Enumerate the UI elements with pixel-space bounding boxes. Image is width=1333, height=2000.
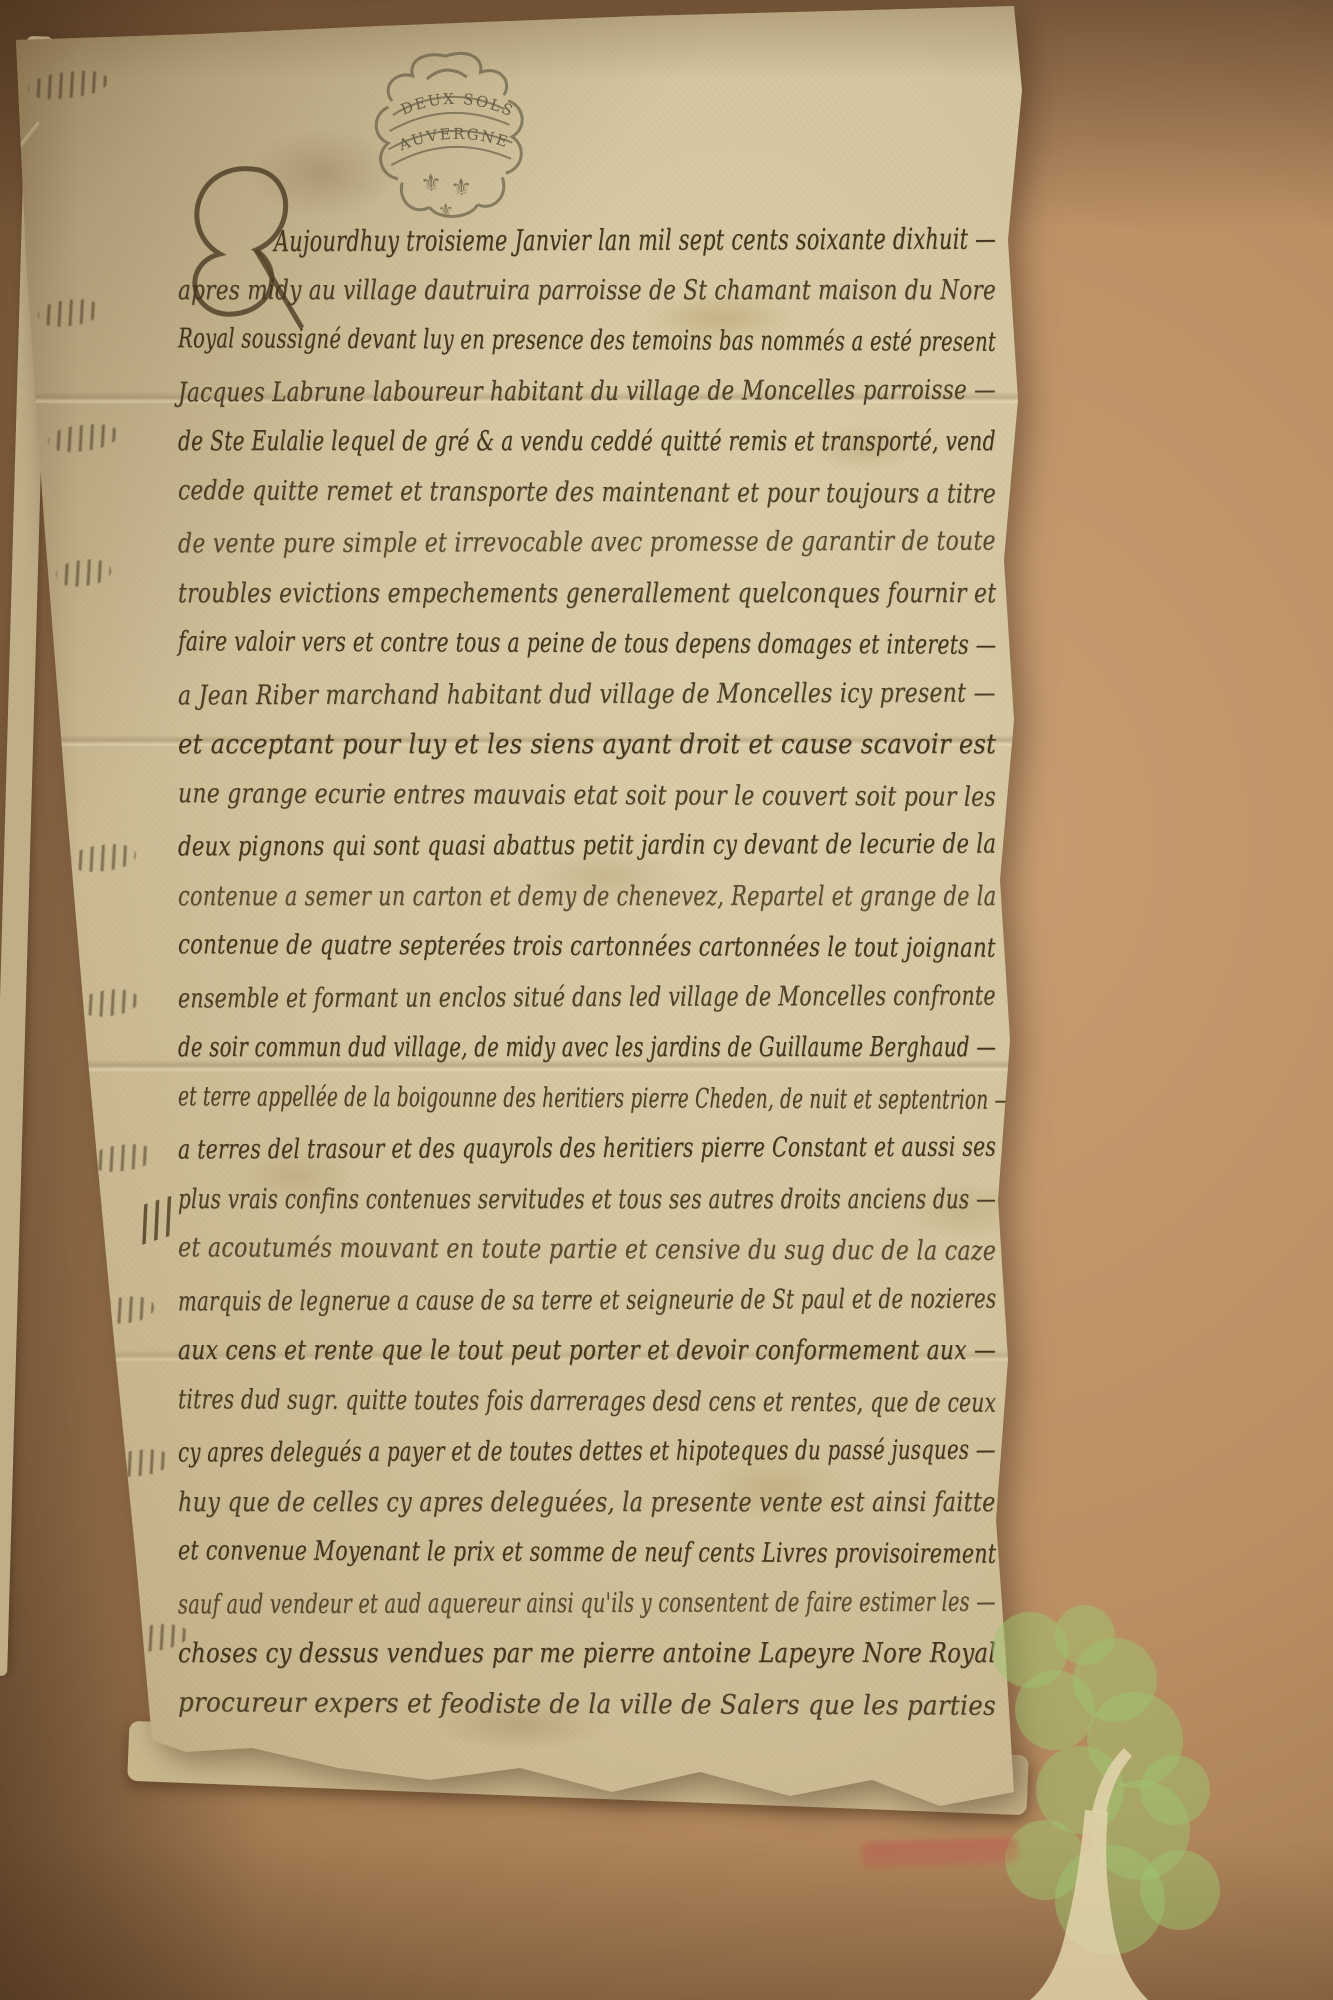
manuscript-line-text: et acoutumés mouvant en toute partie et … bbox=[178, 1223, 996, 1277]
manuscript-line-text: contenue de quatre septerées trois carto… bbox=[178, 920, 996, 974]
manuscript-line-text: et terre appellée de la boigounne des he… bbox=[178, 1072, 1013, 1126]
manuscript-line-text: cy apres delegués a payer et de toutes d… bbox=[178, 1426, 996, 1479]
manuscript-line-text: faire valoir vers et contre tous a peine… bbox=[178, 617, 997, 671]
manuscript-line-text: cedde quitte remet et transporte des mai… bbox=[178, 466, 996, 520]
manuscript-line: sauf aud vendeur et aud aquereur ainsi q… bbox=[178, 1577, 998, 1630]
manuscript-line: titres dud sugr. quitte toutes fois darr… bbox=[178, 1375, 998, 1429]
corner-crease bbox=[0, 121, 42, 361]
manuscript-line: faire valoir vers et contre tous a peine… bbox=[178, 617, 998, 671]
manuscript-line-text: deux pignons qui sont quasi abattus peti… bbox=[178, 820, 996, 873]
manuscript-line: Jacques Labrune laboureur habitant du vi… bbox=[178, 365, 998, 418]
manuscript-line-text: une grange ecurie entres mauvais etat so… bbox=[178, 769, 996, 823]
manuscript-line-text: plus vrais confins contenues servitudes … bbox=[178, 1175, 996, 1226]
manuscript-line-text: choses cy dessus vendues par me pierre a… bbox=[178, 1629, 996, 1680]
manuscript-line-text: a terres del trasour et des quayrols des… bbox=[178, 1123, 996, 1176]
manuscript-line-text: de Ste Eulalie lequel de gré & a vendu c… bbox=[178, 417, 996, 468]
paper-sheet: DEUX SOLS AUVERGNE ⚜ ⚜ ⚜ Aujourdhuy troi… bbox=[0, 0, 1333, 2000]
manuscript-line: de soir commun dud village, de midy avec… bbox=[178, 1023, 998, 1074]
manuscript-line: et terre appellée de la boigounne des he… bbox=[178, 1072, 998, 1126]
manuscript-line: plus vrais confins contenues servitudes … bbox=[178, 1175, 998, 1226]
manuscript-line: apres midy au village dautruira parroiss… bbox=[178, 266, 998, 317]
manuscript-line-text: a Jean Riber marchand habitant dud villa… bbox=[178, 668, 996, 721]
ink-smudge bbox=[55, 557, 113, 590]
manuscript-line: a terres del trasour et des quayrols des… bbox=[178, 1123, 998, 1176]
manuscript-line: et acoutumés mouvant en toute partie et … bbox=[178, 1223, 998, 1277]
manuscript-line-text: contenue a semer un carton et demy de ch… bbox=[178, 872, 996, 923]
manuscript-line-text: sauf aud vendeur et aud aquereur ainsi q… bbox=[178, 1577, 996, 1630]
manuscript-line: une grange ecurie entres mauvais etat so… bbox=[178, 769, 998, 823]
ink-smudge bbox=[47, 421, 120, 455]
ink-smudge bbox=[69, 841, 138, 875]
tax-stamp: DEUX SOLS AUVERGNE ⚜ ⚜ ⚜ bbox=[355, 43, 544, 232]
manuscript-line-text: Jacques Labrune laboureur habitant du vi… bbox=[178, 365, 996, 418]
manuscript-line: huy que de celles cy apres deleguées, la… bbox=[178, 1478, 998, 1529]
ink-smudge bbox=[97, 1294, 156, 1327]
manuscript-line: choses cy dessus vendues par me pierre a… bbox=[178, 1629, 998, 1680]
ink-smudge bbox=[37, 296, 102, 329]
ink-smudge bbox=[89, 1141, 156, 1175]
manuscript-line: procureur expers et feodiste de la ville… bbox=[178, 1678, 998, 1732]
manuscript-line: cedde quitte remet et transporte des mai… bbox=[178, 466, 998, 520]
manuscript-line-text: de soir commun dud village, de midy avec… bbox=[178, 1023, 996, 1074]
manuscript-lines: Aujourdhuy troisieme Janvier lan mil sep… bbox=[178, 215, 998, 1730]
manuscript-line-text: marquis de legnerue a cause de sa terre … bbox=[178, 1274, 997, 1327]
manuscript-line: Royal soussigné devant luy en presence d… bbox=[178, 314, 998, 368]
manuscript-line: marquis de legnerue a cause de sa terre … bbox=[178, 1274, 998, 1327]
manuscript-line-text: et convenue Moyenant le prix et somme de… bbox=[178, 1526, 997, 1580]
svg-text:⚜: ⚜ bbox=[420, 169, 443, 198]
manuscript-line: de Ste Eulalie lequel de gré & a vendu c… bbox=[178, 417, 998, 468]
manuscript-line-text: procureur expers et feodiste de la ville… bbox=[178, 1678, 996, 1732]
manuscript-line-text: titres dud sugr. quitte toutes fois darr… bbox=[178, 1375, 996, 1429]
manuscript-line: cy apres delegués a payer et de toutes d… bbox=[178, 1426, 998, 1479]
margin-mark: /// bbox=[131, 1189, 183, 1252]
manuscript-line: et convenue Moyenant le prix et somme de… bbox=[178, 1526, 998, 1580]
photograph-of-manuscript: DEUX SOLS AUVERGNE ⚜ ⚜ ⚜ Aujourdhuy troi… bbox=[0, 0, 1333, 2000]
manuscript-line-text: aux cens et rente que le tout peut porte… bbox=[178, 1326, 996, 1377]
manuscript-line: aux cens et rente que le tout peut porte… bbox=[178, 1326, 998, 1377]
svg-text:⚜: ⚜ bbox=[450, 173, 473, 202]
manuscript-line: troubles evictions empechements generall… bbox=[178, 569, 998, 620]
paper-sheet-wrap: DEUX SOLS AUVERGNE ⚜ ⚜ ⚜ Aujourdhuy troi… bbox=[0, 0, 1333, 2000]
manuscript-line: a Jean Riber marchand habitant dud villa… bbox=[178, 668, 998, 721]
manuscript-line: de vente pure simple et irrevocable avec… bbox=[178, 517, 998, 570]
manuscript-line: deux pignons qui sont quasi abattus peti… bbox=[178, 820, 998, 873]
ink-smudge bbox=[79, 987, 140, 1020]
manuscript-line-text: de vente pure simple et irrevocable avec… bbox=[178, 517, 996, 570]
manuscript-line-text: huy que de celles cy apres deleguées, la… bbox=[178, 1478, 996, 1529]
manuscript-line: ensemble et formant un enclos situé dans… bbox=[178, 971, 998, 1024]
manuscript-line: contenue de quatre septerées trois carto… bbox=[178, 920, 998, 974]
manuscript-line-text: et acceptant pour luy et les siens ayant… bbox=[178, 720, 996, 771]
manuscript-line: contenue a semer un carton et demy de ch… bbox=[178, 872, 998, 923]
manuscript-line-text: apres midy au village dautruira parroiss… bbox=[178, 266, 996, 317]
ink-smudge bbox=[27, 67, 110, 103]
manuscript-line-text: troubles evictions empechements generall… bbox=[178, 569, 996, 620]
manuscript-line: et acceptant pour luy et les siens ayant… bbox=[178, 720, 998, 771]
manuscript-line-text: Aujourdhuy troisieme Janvier lan mil sep… bbox=[274, 214, 996, 267]
manuscript-line: Aujourdhuy troisieme Janvier lan mil sep… bbox=[178, 214, 998, 267]
red-watermark-text bbox=[862, 1837, 1019, 1868]
manuscript-line-text: ensemble et formant un enclos situé dans… bbox=[178, 971, 996, 1024]
ink-smudge bbox=[107, 1446, 172, 1479]
manuscript-line-text: Royal soussigné devant luy en presence d… bbox=[178, 314, 996, 368]
